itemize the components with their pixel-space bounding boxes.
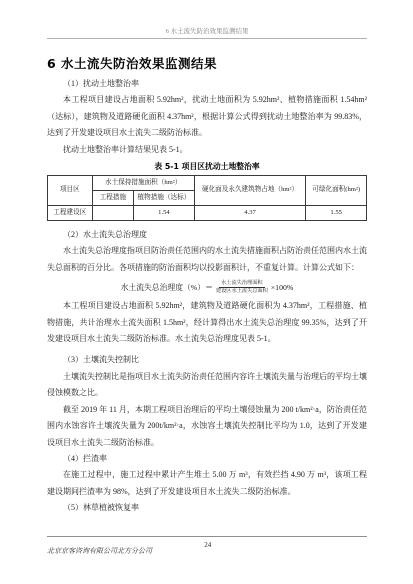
- section-4-heading: （4）拦渣率: [47, 451, 367, 467]
- formula-fraction: 水土流失治理面积 建设区水土流失总面积: [216, 280, 268, 296]
- running-header: 6 水土流失防治效果监测结果: [47, 26, 367, 39]
- running-header-text: 6 水土流失防治效果监测结果: [166, 28, 249, 35]
- disturbed-land-table: 项目区 水土保持措施面积（hm²） 硬化面及永久建筑物占地（hm²） 可绿化面积…: [47, 175, 367, 221]
- cell-hardened: 4.37: [194, 206, 306, 221]
- header-cell-hardened-area: 硬化面及永久建筑物占地（hm²）: [194, 176, 306, 206]
- section-3-paragraph-1: 土壤流失控制比是指项目水土流失防治责任范围内容许土壤流失量与治理后的平均土壤侵蚀…: [47, 369, 367, 402]
- section-2-paragraph-1: 水土流失总治理度指项目防治责任范围内的水土流失措施面积占防治责任范围内水土流失总…: [47, 243, 367, 276]
- header-cell-greenable-area: 可绿化面积(hm²): [306, 176, 367, 206]
- document-page: 6 水土流失防治效果监测结果 6 水土流失防治效果监测结果 （1）扰动土地整治率…: [0, 0, 413, 584]
- formula-denominator: 建设区水土流失总面积: [216, 288, 268, 295]
- section-5-heading: （5）林草植被恢复率: [47, 500, 367, 516]
- cell-vegetation: 1.54: [134, 206, 195, 221]
- soil-loss-control-formula: 水土流失总治理度（%）＝ 水土流失治理面积 建设区水土流失总面积 ×100%: [47, 278, 367, 296]
- header-cell-engineering: 工程措施: [92, 191, 133, 206]
- section-3-paragraph-2: 截至 2019 年 11 月，本期工程项目治理后的平均土壤侵蚀量为 200 t/…: [47, 402, 367, 451]
- page-content: 6 水土流失防治效果监测结果 6 水土流失防治效果监测结果 （1）扰动土地整治率…: [47, 26, 367, 517]
- section-4-paragraph-1: 在施工过程中，施工过程中累计产生堆土 5.00 万 m³，有效拦挡 4.90 万…: [47, 467, 367, 500]
- cell-engineering: [92, 206, 133, 221]
- header-cell-project-area: 项目区: [48, 176, 93, 206]
- header-cell-measures-group: 水土保持措施面积（hm²）: [92, 176, 194, 191]
- formula-suffix: ×100%: [271, 283, 294, 292]
- footer-company-name: 北京京客咨询有限公司北方分公司: [47, 547, 152, 555]
- page-number: 24: [204, 541, 211, 549]
- section-2-heading: （2）水土流失总治理度: [47, 227, 367, 243]
- page-footer: 北京京客咨询有限公司北方分公司 24: [47, 536, 367, 558]
- section-1-paragraph-2: 扰动土地整治率计算结果见表 5-1。: [47, 142, 367, 158]
- section-2-paragraph-2: 本工程项目建设占地面积 5.92hm²，建筑物及道路硬化面积为 4.37hm²，…: [47, 298, 367, 347]
- table-header-row-1: 项目区 水土保持措施面积（hm²） 硬化面及永久建筑物占地（hm²） 可绿化面积…: [48, 176, 367, 191]
- header-cell-vegetation: 植物措施（达标）: [134, 191, 195, 206]
- section-3-heading: （3）土壤流失控制比: [47, 352, 367, 368]
- section-1-paragraph-1: 本工程项目建设占地面积 5.92hm²，扰动土地面积为 5.92hm²、植物措施…: [47, 92, 367, 141]
- table-caption: 表 5-1 项目区扰动土地整治率: [47, 161, 367, 172]
- cell-project-area: 工程建设区: [48, 206, 93, 221]
- formula-numerator: 水土流失治理面积: [219, 280, 265, 288]
- formula-lhs: 水土流失总治理度（%）＝: [121, 282, 213, 293]
- page-title: 6 水土流失防治效果监测结果: [47, 54, 367, 72]
- cell-greenable: 1.55: [306, 206, 367, 221]
- table-row: 工程建设区 1.54 4.37 1.55: [48, 206, 367, 221]
- section-1-heading: （1）扰动土地整治率: [47, 76, 367, 92]
